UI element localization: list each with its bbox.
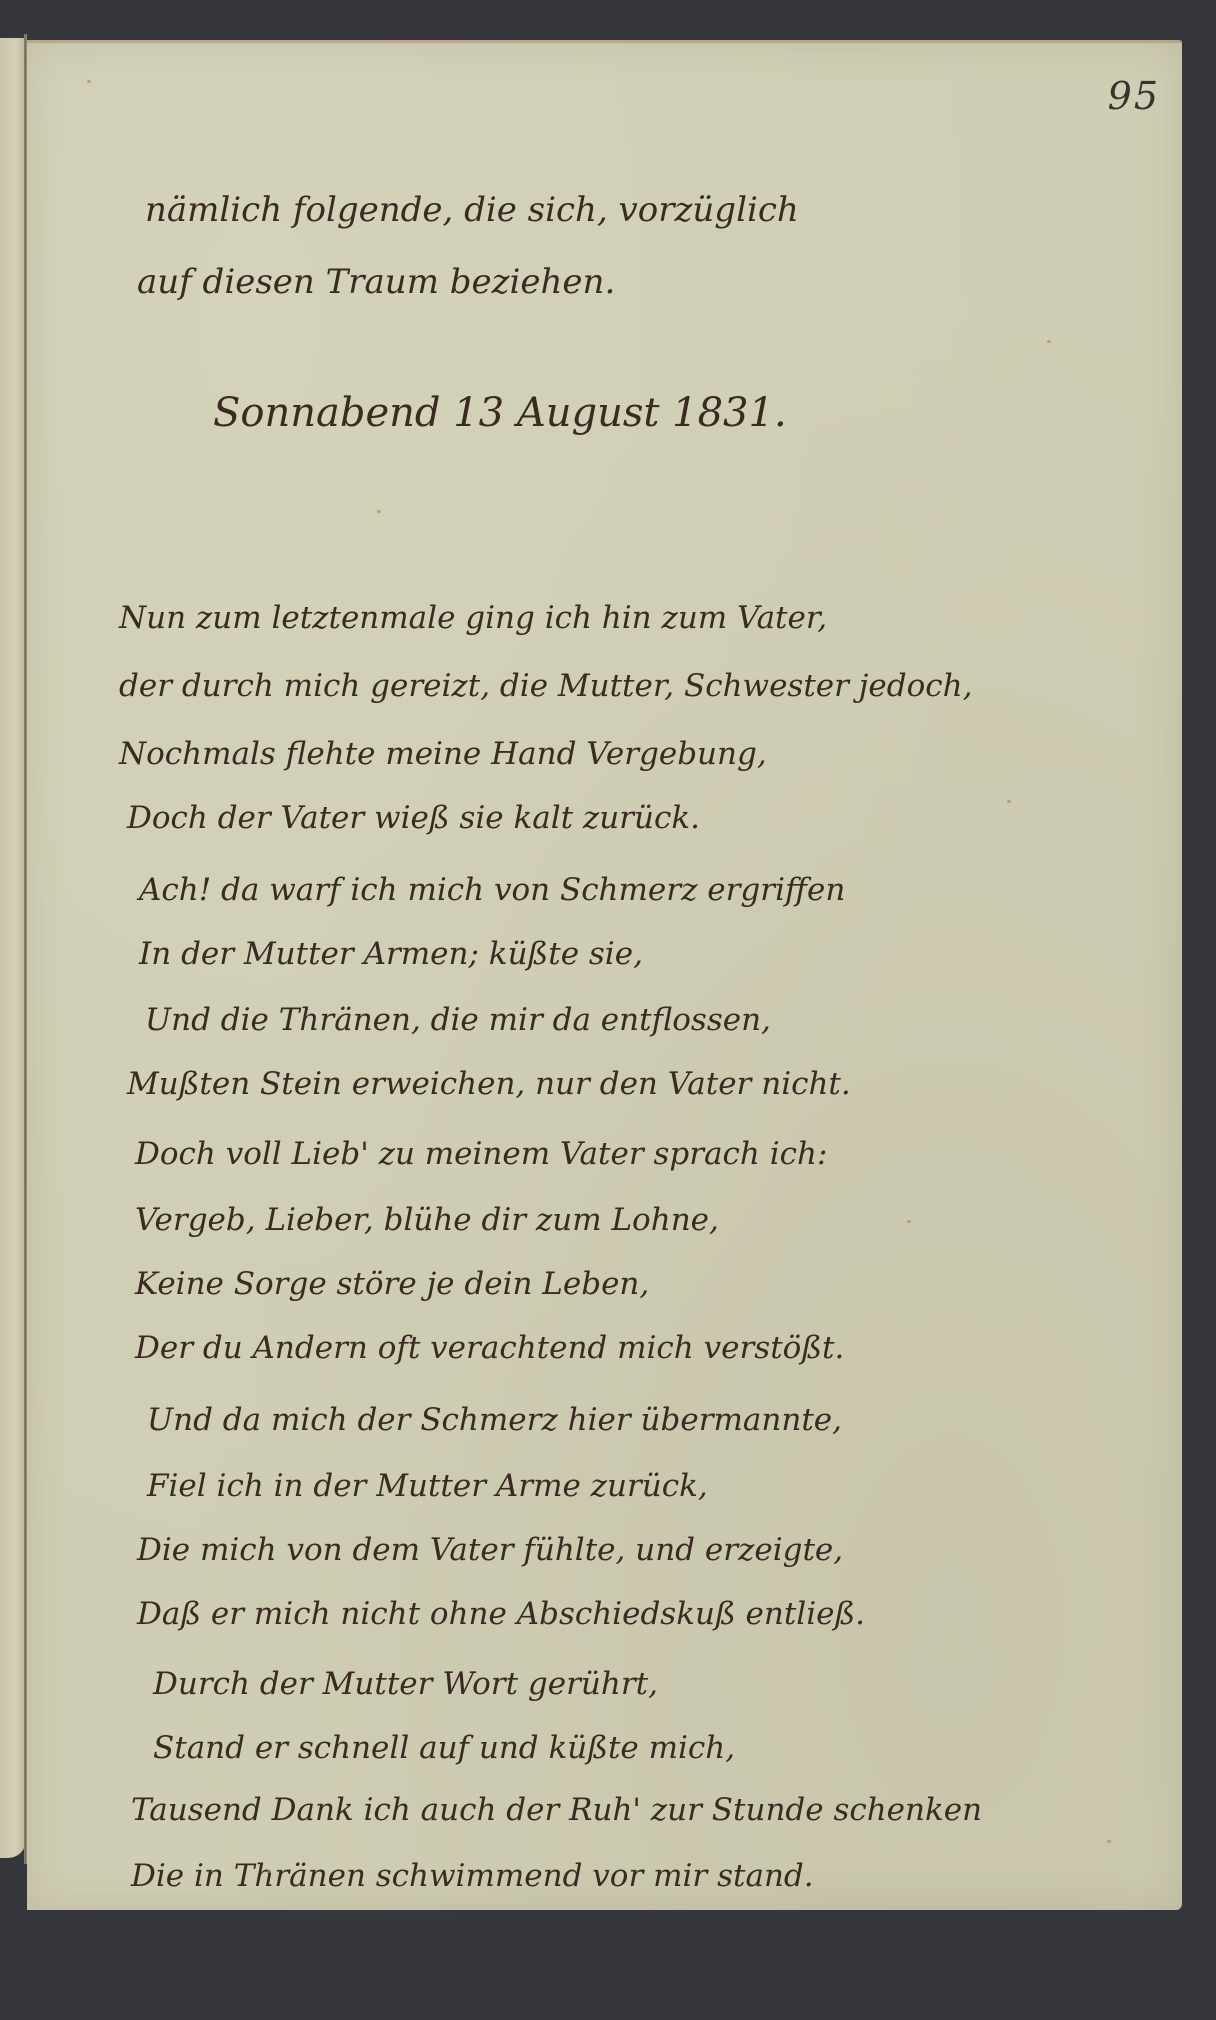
paper-speck — [377, 510, 381, 513]
intro-line: nämlich folgende, die sich, vorzüglich — [145, 190, 799, 230]
verse-line: Nochmals flehte meine Hand Vergebung, — [119, 736, 767, 772]
verse-line: Doch der Vater wieß sie kalt zurück. — [127, 800, 700, 836]
paper-speck — [907, 1220, 911, 1223]
verse-line: Doch voll Lieb' zu meinem Vater sprach i… — [135, 1136, 827, 1172]
verse-line: Vergeb, Lieber, blühe dir zum Lohne, — [135, 1202, 719, 1238]
verse-line: Ach! da warf ich mich von Schmerz ergrif… — [139, 872, 845, 908]
verse-line: Der du Andern oft verachtend mich verstö… — [135, 1330, 844, 1366]
verse-line: In der Mutter Armen; küßte sie, — [139, 936, 643, 972]
date-heading: Sonnabend 13 August 1831. — [213, 390, 787, 436]
manuscript-page: 95 nämlich folgende, die sich, vorzüglic… — [27, 40, 1182, 1910]
verse-line: Und da mich der Schmerz hier übermannte, — [147, 1402, 842, 1438]
verse-line: Die in Thränen schwimmend vor mir stand. — [131, 1858, 814, 1894]
paper-speck — [267, 1870, 271, 1873]
verse-line: Keine Sorge störe je dein Leben, — [135, 1266, 649, 1302]
verse-line: der durch mich gereizt, die Mutter, Schw… — [119, 668, 972, 704]
verse-line: Und die Thränen, die mir da entflossen, — [145, 1002, 771, 1038]
verse-line: Daß er mich nicht ohne Abschiedskuß entl… — [137, 1596, 865, 1632]
facing-page-edge — [0, 38, 26, 1858]
paper-speck — [1047, 340, 1051, 343]
verse-line: Mußten Stein erweichen, nur den Vater ni… — [127, 1066, 851, 1102]
verse-line: Durch der Mutter Wort gerührt, — [153, 1666, 658, 1702]
verse-line: Stand er schnell auf und küßte mich, — [153, 1730, 735, 1766]
verse-line: Nun zum letztenmale ging ich hin zum Vat… — [119, 600, 827, 636]
page-number: 95 — [1108, 74, 1160, 118]
intro-line: auf diesen Traum beziehen. — [137, 262, 615, 302]
paper-speck — [87, 80, 91, 83]
paper-speck — [1107, 1840, 1111, 1843]
page-edge — [27, 40, 1182, 43]
verse-line: Die mich von dem Vater fühlte, und erzei… — [137, 1532, 843, 1568]
verse-line: Fiel ich in der Mutter Arme zurück, — [147, 1468, 708, 1504]
paper-speck — [1007, 800, 1011, 803]
verse-line: Tausend Dank ich auch der Ruh' zur Stund… — [131, 1792, 982, 1828]
